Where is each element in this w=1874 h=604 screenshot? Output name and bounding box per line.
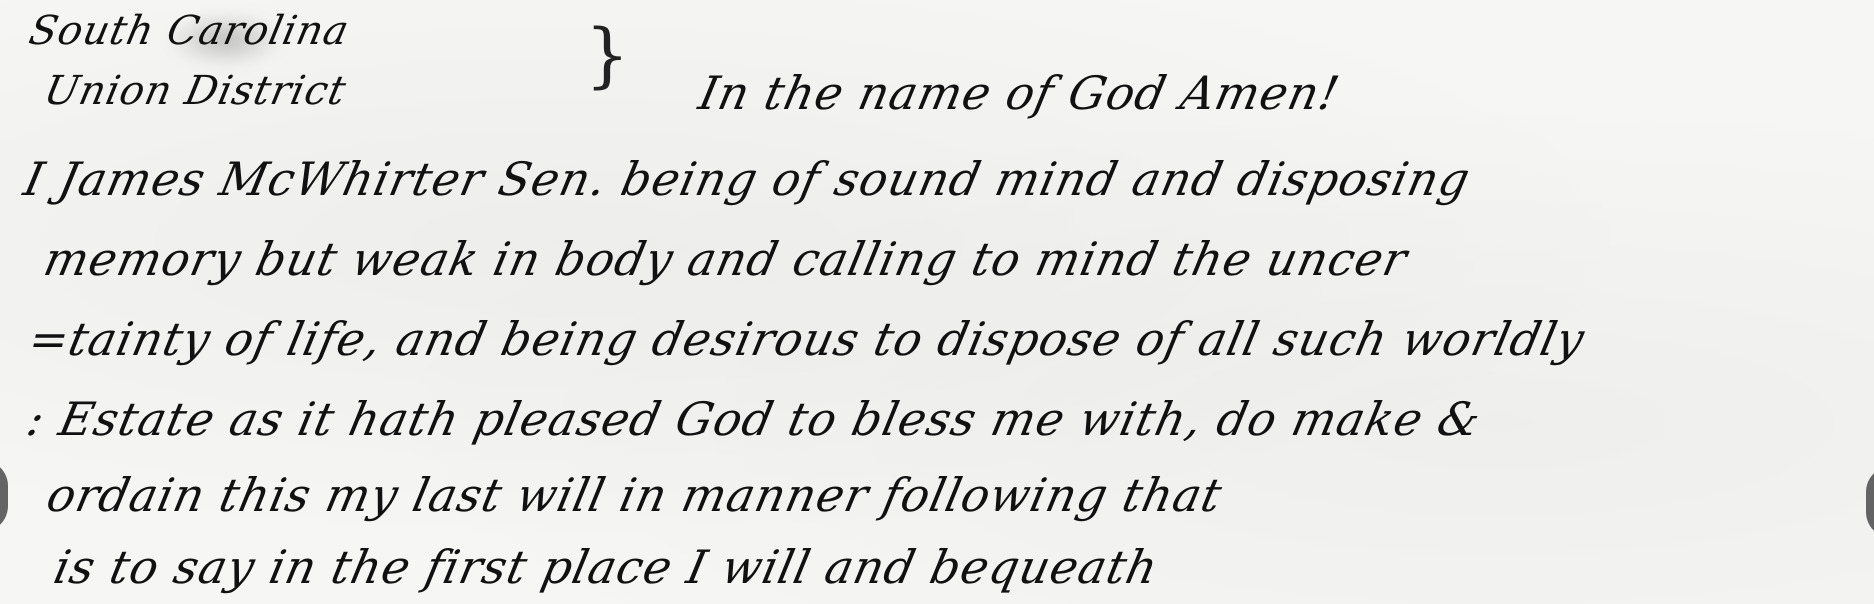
document-page: South Carolina Union District } In the n… <box>0 0 1874 604</box>
manuscript-line-4: : Estate as it hath pleased God to bless… <box>22 392 1486 446</box>
manuscript-line-6: is to say in the first place I will and … <box>49 540 1163 594</box>
heading-invocation: In the name of God Amen! <box>694 66 1344 120</box>
brace-mark: } <box>585 20 630 90</box>
manuscript-line-1: I James McWhirter Sen. being of sound mi… <box>19 152 1475 206</box>
heading-state: South Carolina <box>25 8 353 54</box>
manuscript-line-3: =tainty of life, and being desirous to d… <box>24 312 1589 366</box>
manuscript-line-5: ordain this my last will in manner follo… <box>42 468 1227 522</box>
heading-district: Union District <box>40 68 350 114</box>
manuscript-line-2: memory but weak in body and calling to m… <box>39 232 1412 286</box>
